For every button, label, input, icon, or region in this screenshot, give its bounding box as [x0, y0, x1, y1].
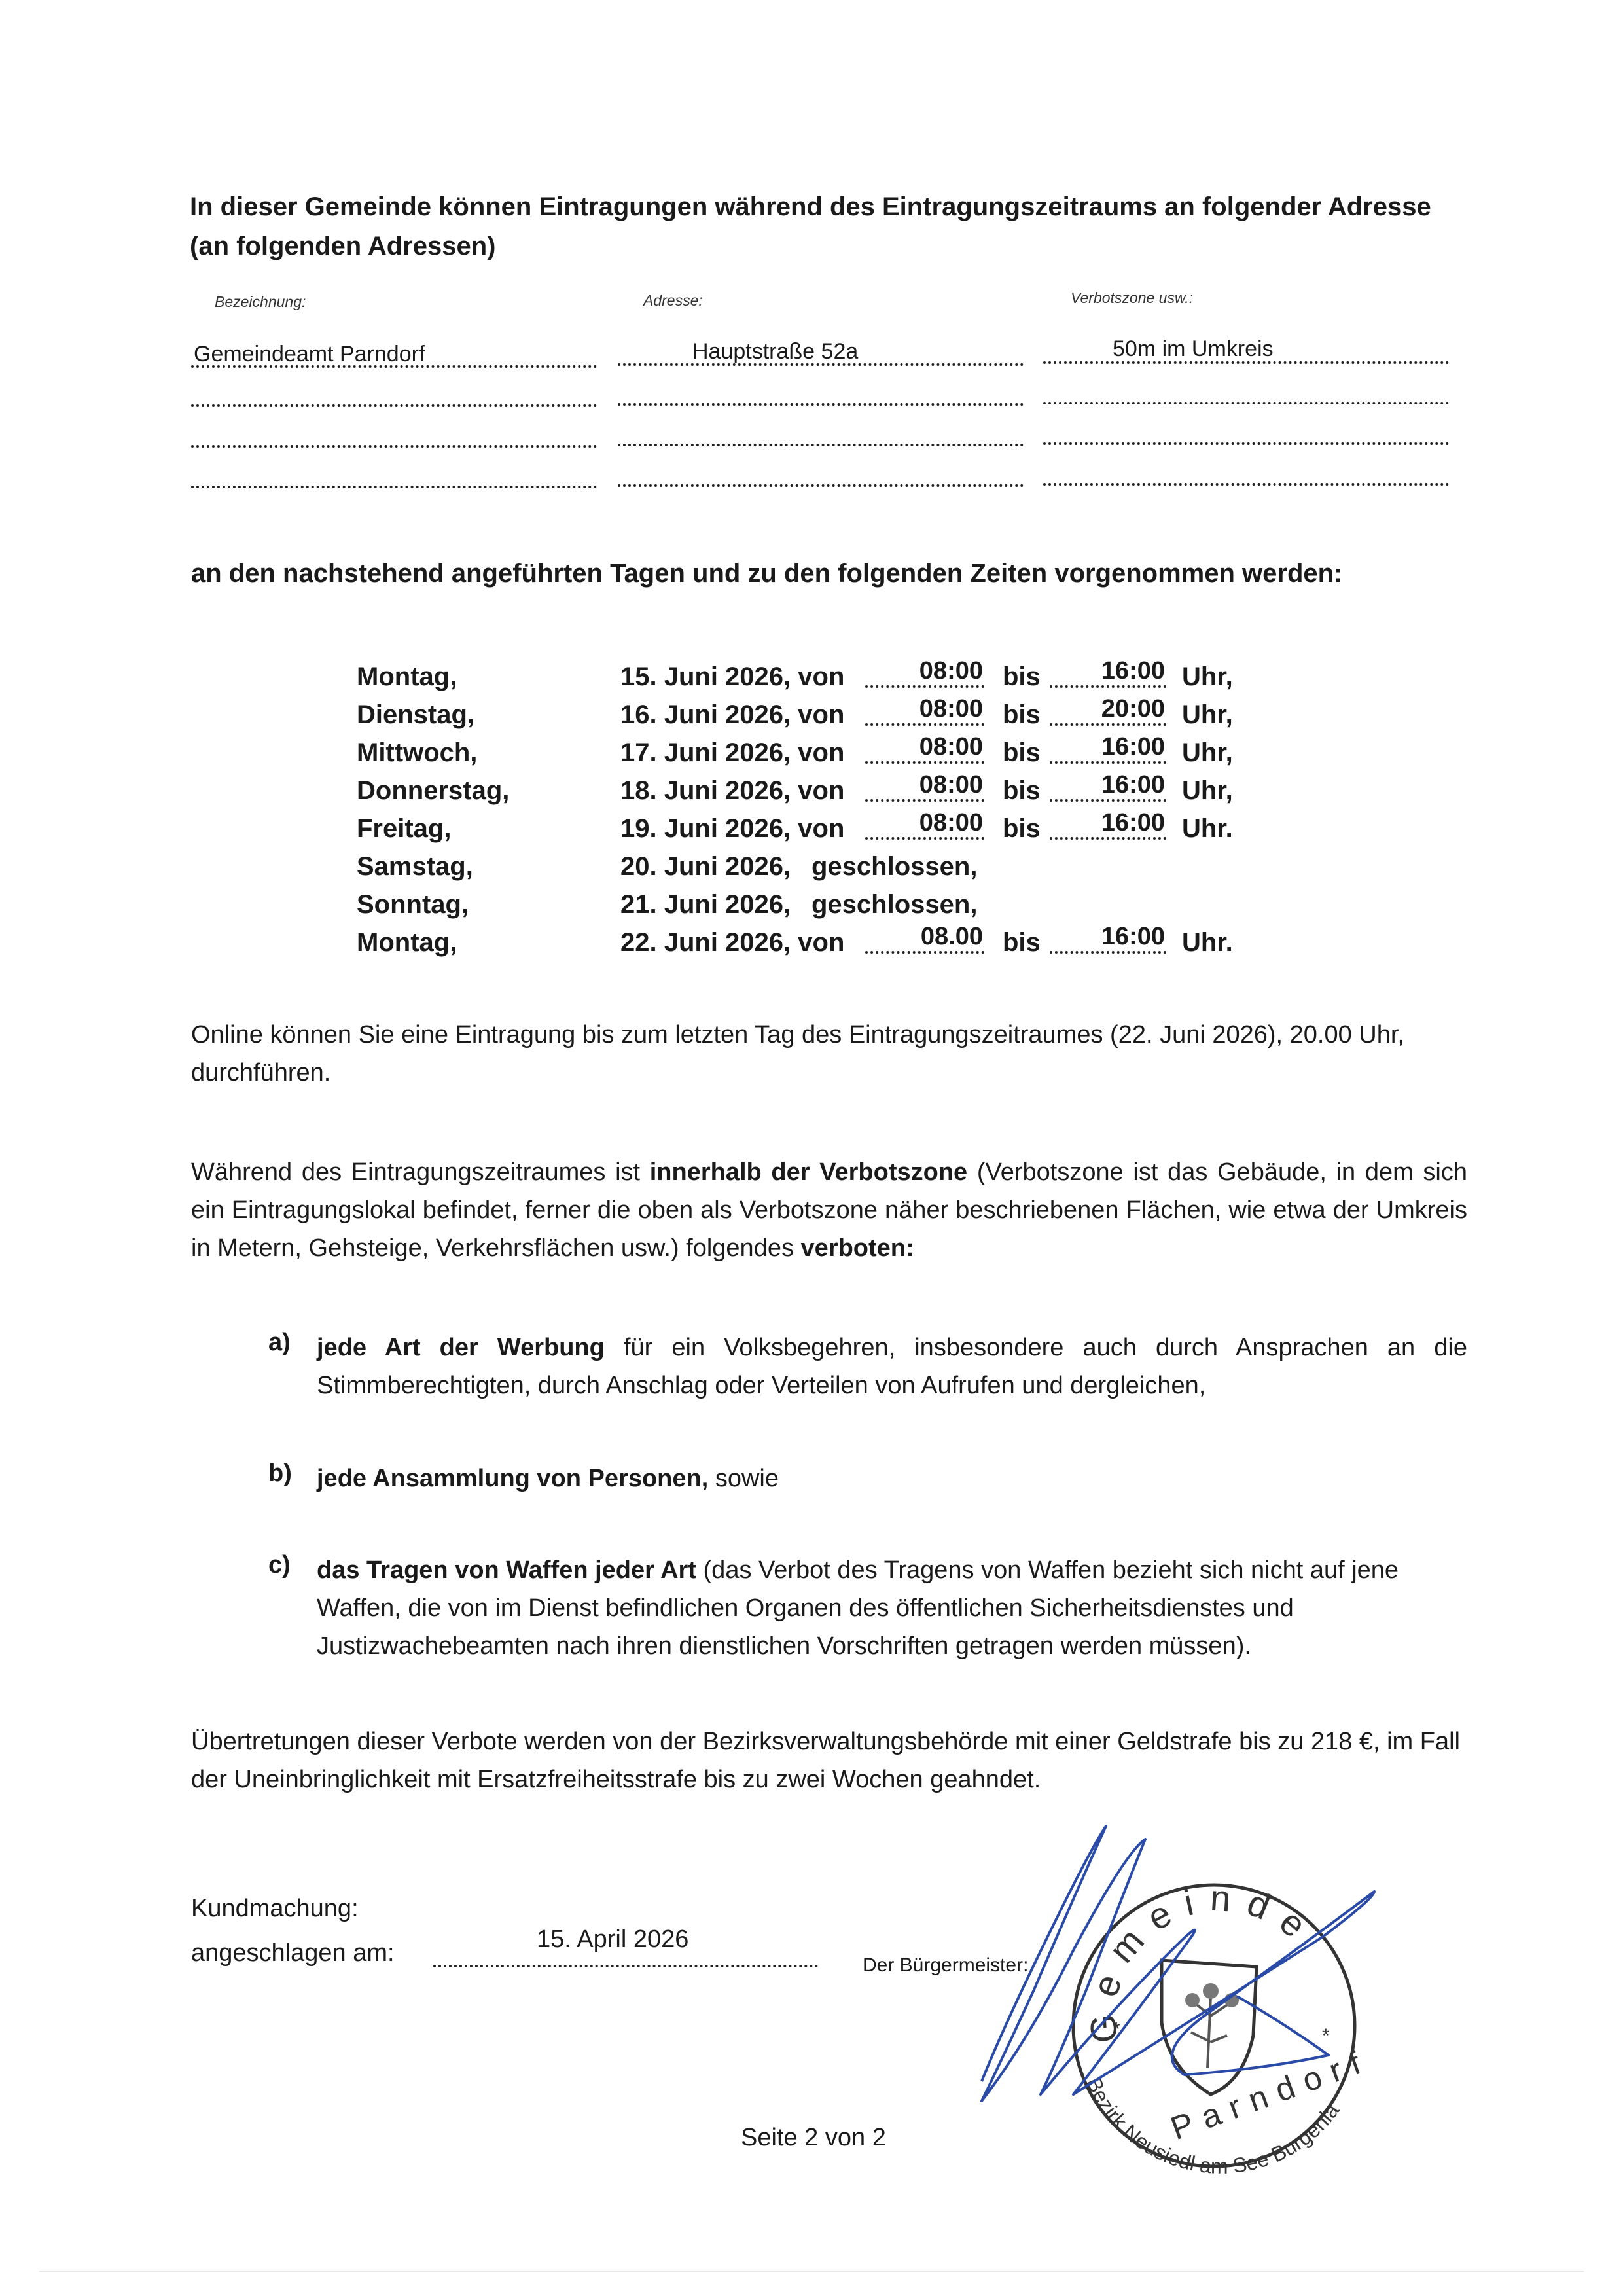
fill-line: [191, 445, 597, 448]
schedule-suffix: Uhr,: [1182, 776, 1233, 806]
fill-line: [618, 403, 1024, 406]
schedule-day: Sonntag,: [357, 890, 469, 920]
schedule-date: 20. Juni 2026,: [620, 852, 791, 882]
address-adresse-value: Hauptstraße 52a: [692, 339, 858, 365]
schedule-suffix: Uhr,: [1182, 662, 1233, 692]
column-label-verbotszone: Verbotszone usw.:: [1071, 289, 1193, 307]
prohibition-emphasis: das Tragen von Waffen jeder Art: [317, 1556, 696, 1584]
page-number: Seite 2 von 2: [741, 2124, 886, 2152]
angeschlagen-date: 15. April 2026: [537, 1926, 688, 1954]
prohibition-emphasis: jede Art der Werbung: [317, 1334, 605, 1361]
schedule-bis: bis: [1003, 700, 1041, 730]
verbotszone-paragraph: Während des Eintragungszeitraumes ist in…: [191, 1153, 1467, 1267]
fill-line: [191, 486, 597, 488]
schedule-day: Samstag,: [357, 852, 473, 882]
schedule-bis: bis: [1003, 814, 1041, 844]
schedule-time-to: 16:00: [1050, 923, 1166, 954]
schedule-time-from: 08:00: [865, 809, 984, 840]
schedule-suffix: Uhr.: [1182, 814, 1233, 844]
schedule-time-from: 08:00: [865, 733, 984, 764]
column-label-adresse: Adresse:: [643, 292, 703, 310]
fill-line: [1043, 483, 1449, 486]
schedule-date: 17. Juni 2026, von: [620, 738, 844, 768]
prohibition-label-c: c): [268, 1551, 291, 1579]
schedule-day: Freitag,: [357, 814, 451, 844]
schedule-suffix: Uhr,: [1182, 738, 1233, 768]
paragraph-emphasis: verboten:: [801, 1234, 914, 1262]
fill-line: [1043, 442, 1449, 445]
paragraph-text: Während des Eintragungszeitraumes ist: [191, 1158, 650, 1186]
schedule-time-from: 08.00: [865, 923, 984, 954]
penalty-paragraph: Übertretungen dieser Verbote werden von …: [191, 1723, 1467, 1799]
fill-line: [618, 484, 1024, 487]
schedule-time-from: 08:00: [865, 771, 984, 802]
schedule-time-to: 16:00: [1050, 809, 1166, 840]
schedule-time-from: 08:00: [865, 695, 984, 726]
schedule-date: 19. Juni 2026, von: [620, 814, 844, 844]
kundmachung-label: Kundmachung:: [191, 1895, 359, 1923]
prohibition-b: jede Ansammlung von Personen, sowie: [317, 1460, 1467, 1498]
schedule-bis: bis: [1003, 928, 1041, 958]
schedule-date: 22. Juni 2026, von: [620, 928, 844, 958]
schedule-time-to: 20:00: [1050, 695, 1166, 726]
prohibition-c: das Tragen von Waffen jeder Art (das Ver…: [317, 1551, 1467, 1665]
schedule-closed: geschlossen,: [811, 890, 977, 920]
angeschlagen-label: angeschlagen am:: [191, 1939, 395, 1967]
schedule-bis: bis: [1003, 776, 1041, 806]
schedule-day: Montag,: [357, 662, 457, 692]
address-verbotszone-value: 50m im Umkreis: [1113, 336, 1274, 362]
schedule-date: 15. Juni 2026, von: [620, 662, 844, 692]
schedule-day: Mittwoch,: [357, 738, 477, 768]
online-paragraph: Online können Sie eine Eintragung bis zu…: [191, 1016, 1467, 1092]
schedule-day: Montag,: [357, 928, 457, 958]
schedule-suffix: Uhr.: [1182, 928, 1233, 958]
paragraph-emphasis: innerhalb der Verbotszone: [650, 1158, 967, 1186]
heading-line-1: In dieser Gemeinde können Eintragungen w…: [190, 188, 1431, 225]
schedule-closed: geschlossen,: [811, 852, 977, 882]
fill-line: [1043, 402, 1449, 404]
schedule-time-to: 16:00: [1050, 657, 1166, 688]
fill-line: [191, 404, 597, 407]
schedule-bis: bis: [1003, 738, 1041, 768]
schedule-time-to: 16:00: [1050, 771, 1166, 802]
heading-line-2: (an folgenden Adressen): [190, 228, 495, 264]
fill-line: [433, 1965, 818, 1967]
column-label-bezeichnung: Bezeichnung:: [215, 293, 306, 311]
prohibition-emphasis: jede Ansammlung von Personen,: [317, 1465, 708, 1492]
schedule-date: 18. Juni 2026, von: [620, 776, 844, 806]
schedule-bis: bis: [1003, 662, 1041, 692]
schedule-time-from: 08:00: [865, 657, 984, 688]
schedule-time-to: 16:00: [1050, 733, 1166, 764]
signature-icon: [955, 1820, 1414, 2160]
prohibition-label-a: a): [268, 1329, 291, 1357]
schedule-date: 16. Juni 2026, von: [620, 700, 844, 730]
prohibition-label-b: b): [268, 1460, 292, 1488]
prohibition-text: sowie: [708, 1465, 779, 1492]
schedule-day: Donnerstag,: [357, 776, 509, 806]
prohibition-a: jede Art der Werbung für ein Volksbegehr…: [317, 1329, 1467, 1405]
schedule-date: 21. Juni 2026,: [620, 890, 791, 920]
schedule-heading: an den nachstehend angeführten Tagen und…: [191, 555, 1342, 592]
scan-edge-divider: [39, 2271, 1584, 2272]
fill-line: [618, 444, 1024, 446]
schedule-day: Dienstag,: [357, 700, 474, 730]
schedule-suffix: Uhr,: [1182, 700, 1233, 730]
address-bezeichnung-value: Gemeindeamt Parndorf: [194, 342, 425, 367]
document-page: In dieser Gemeinde können Eintragungen w…: [0, 0, 1623, 2296]
